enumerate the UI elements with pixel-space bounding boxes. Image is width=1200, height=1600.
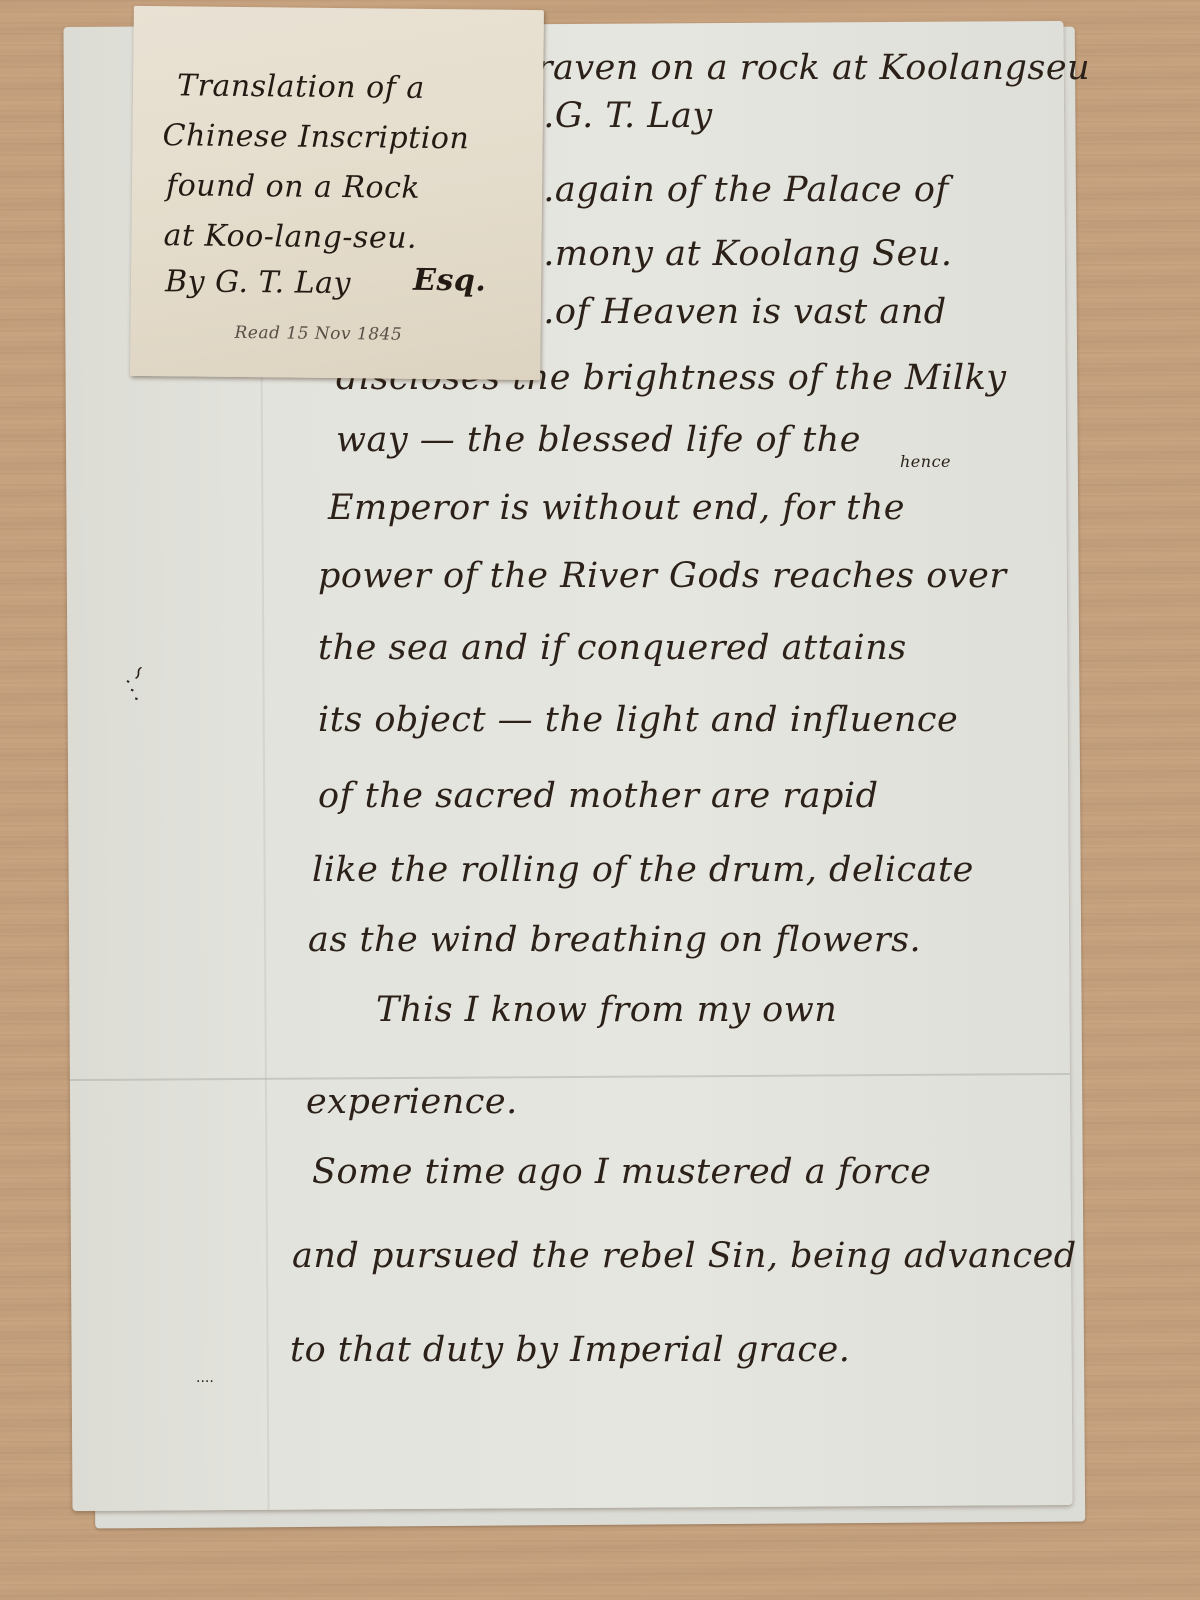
note-line: Translation of a <box>177 68 425 106</box>
horizontal-fold-crease <box>70 1073 1070 1081</box>
manuscript-line: like the rolling of the drum, delicate <box>312 850 974 890</box>
note-read-date: Read 15 Nov 1845 <box>234 323 402 345</box>
manuscript-line: experience. <box>306 1082 518 1122</box>
manuscript-line: ...again of the Palace of <box>520 170 949 210</box>
note-line: at Koo-lang-seu. <box>163 218 417 256</box>
attached-title-note: Translation of a Chinese Inscription fou… <box>130 6 544 380</box>
manuscript-line: and pursued the rebel Sin, being advance… <box>292 1236 1077 1276</box>
manuscript-line: way — the blessed life of the <box>336 420 861 460</box>
note-line: By G. T. Lay <box>165 264 351 301</box>
note-esq-suffix: Esq. <box>413 263 487 299</box>
manuscript-line: This I know from my own <box>376 990 837 1030</box>
manuscript-line: as the wind breathing on flowers. <box>308 920 921 960</box>
manuscript-line: of the sacred mother are rapid <box>318 776 878 816</box>
manuscript-line: ...of Heaven is vast and <box>520 292 947 332</box>
ink-dots-marks: ···· <box>196 1374 214 1390</box>
manuscript-line: ...mony at Koolang Seu. <box>520 234 952 274</box>
manuscript-line: Emperor is without end, for the <box>328 488 905 528</box>
manuscript-line: power of the River Gods reaches over <box>318 556 1007 596</box>
interlinear-insertion: hence <box>900 452 951 471</box>
manuscript-header-line-1: ...graven on a rock at Koolangseu <box>478 48 1090 88</box>
manuscript-line: its object — the light and influence <box>318 700 958 740</box>
manuscript-line: to that duty by Imperial grace. <box>290 1330 850 1370</box>
note-line: found on a Rock <box>166 168 420 206</box>
manuscript-line: the sea and if conquered attains <box>318 628 907 668</box>
note-line: Chinese Inscription <box>162 118 469 156</box>
manuscript-line: Some time ago I mustered a force <box>312 1152 931 1192</box>
manuscript-header-line-2: ...G. T. Lay <box>520 96 713 136</box>
